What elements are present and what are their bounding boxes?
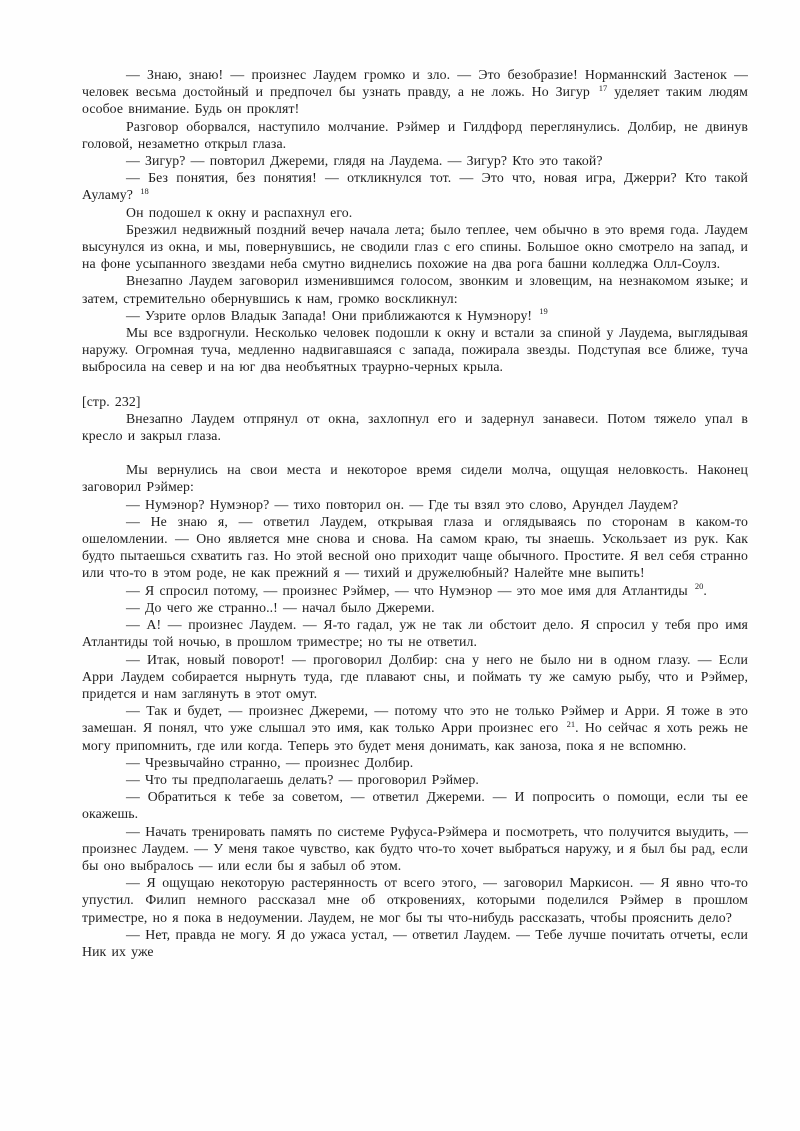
paragraph-chto-ty-predpolagaesh: — Что ты предполагаешь делать? — прогово… xyxy=(82,771,748,788)
footnote-ref-20: 20 xyxy=(693,581,704,591)
paragraph-ne-znayu-ya: — Не знаю я, — ответил Лаудем, открывая … xyxy=(82,513,748,582)
footnote-ref-18: 18 xyxy=(138,186,149,196)
paragraph-my-vernulis: Мы вернулись на свои места и некоторое в… xyxy=(82,461,748,495)
footnote-ref-17: 17 xyxy=(597,83,608,93)
paragraph-do-chego-stranno: — До чего же странно..! — начал было Дже… xyxy=(82,599,748,616)
page-marker: [стр. 232] xyxy=(82,393,748,410)
paragraph-bez-ponyatiya: — Без понятия, без понятия! — откликнулс… xyxy=(82,169,748,203)
document-page: — Знаю, знаю! — произнес Лаудем громко и… xyxy=(0,0,800,1131)
paragraph-numenor-question: — Нумэнор? Нумэнор? — тихо повторил он. … xyxy=(82,496,748,513)
paragraph-obratitsya-za-sovetom: — Обратиться к тебе за советом, — ответи… xyxy=(82,788,748,822)
paragraph-zigur-question: — Зигур? — повторил Джереми, глядя на Ла… xyxy=(82,152,748,169)
text-block: — Знаю, знаю! — произнес Лаудем громко и… xyxy=(82,66,748,960)
paragraph-my-vse-vzdrognuli: Мы все вздрогнули. Несколько человек под… xyxy=(82,324,748,376)
paragraph-razgovor: Разговор оборвался, наступило молчание. … xyxy=(82,118,748,152)
paragraph-tak-i-budet: — Так и будет, — произнес Джереми, — пот… xyxy=(82,702,748,754)
paragraph-ya-to-gadal: — А! — произнес Лаудем. — Я-то гадал, уж… xyxy=(82,616,748,650)
paragraph-brezzhil-vecher: Брезжил недвижный поздний вечер начала л… xyxy=(82,221,748,273)
paragraph-otpryanul-ot-okna: Внезапно Лаудем отпрянул от окна, захлоп… xyxy=(82,410,748,444)
paragraph-uzrite-orlov: — Узрите орлов Владык Запада! Они прибли… xyxy=(82,307,748,324)
footnote-ref-19: 19 xyxy=(537,306,548,316)
paragraph-nachat-trenirovat: — Начать тренировать память по системе Р… xyxy=(82,823,748,875)
paragraph-ya-sprosil-potomu: — Я спросил потому, — произнес Рэймер, —… xyxy=(82,582,748,599)
paragraph-dialog-znayu: — Знаю, знаю! — произнес Лаудем громко и… xyxy=(82,66,748,118)
footnote-ref-21: 21 xyxy=(565,719,576,729)
paragraph-chrezvychaino-stranno: — Чрезвычайно странно, — произнес Долбир… xyxy=(82,754,748,771)
paragraph-vnezapno-zagovoril: Внезапно Лаудем заговорил изменившимся г… xyxy=(82,272,748,306)
paragraph-rasteryannost: — Я ощущаю некоторую растерянность от вс… xyxy=(82,874,748,926)
paragraph-podoshel-k-oknu: Он подошел к окну и распахнул его. xyxy=(82,204,748,221)
paragraph-net-pravda-ne-mogu: — Нет, правда не могу. Я до ужаса устал,… xyxy=(82,926,748,960)
paragraph-itak-novyi-povorot: — Итак, новый поворот! — проговорил Долб… xyxy=(82,651,748,703)
